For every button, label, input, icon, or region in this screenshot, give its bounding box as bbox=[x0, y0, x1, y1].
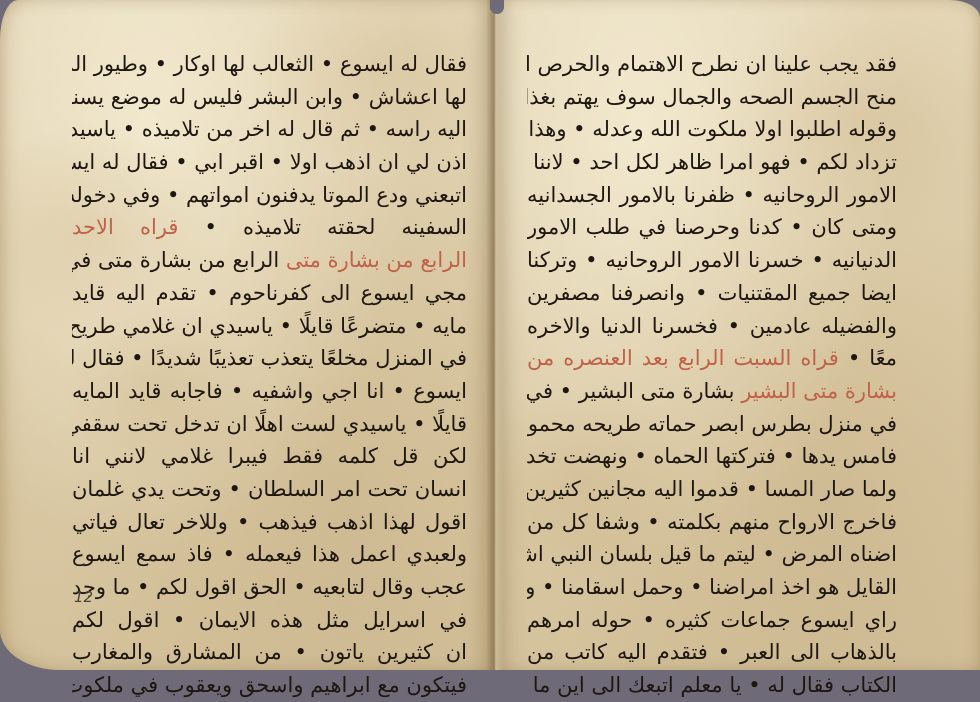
text-line-with-rubric: السفينه لحقته تلاميذه • قراه الاحد bbox=[72, 211, 467, 244]
text-line: الدنيانيه • خسرنا الامور الروحانيه • وتر… bbox=[527, 244, 897, 277]
rubric-heading: قراه الاحد bbox=[72, 215, 178, 239]
text-line: ان كثيرين ياتون • من المشارق والمغارب bbox=[72, 636, 467, 669]
left-page-text: فقال له ايسوع • الثعالب لها اوكار • وطيو… bbox=[72, 48, 467, 670]
folio-number: 12 bbox=[74, 588, 93, 606]
text-line: قايلًا • ياسيدي لست اهلًا ان تدخل تحت سق… bbox=[72, 408, 467, 441]
text-line: راي ايسوع جماعات كثيره • حوله امرهم bbox=[527, 604, 897, 637]
text-line: وقوله اطلبوا اولا ملكوت الله وعدله • وهذ… bbox=[527, 113, 897, 146]
text-line: انسان تحت امر السلطان • وتحت يدي غلمان bbox=[72, 473, 467, 506]
right-page-text: فقد يجب علينا ان نطرح الاهتمام والحرص ال… bbox=[527, 48, 897, 670]
text-line: اضناه المرض • ليتم ما قيل بلسان النبي اش… bbox=[527, 538, 897, 571]
text-line: اليه راسه • ثم قال له اخر من تلاميذه • ي… bbox=[72, 113, 467, 146]
text-line: فاخرج الارواح منهم بكلمته • وشفا كل من bbox=[527, 506, 897, 539]
text-line: ولعبدي اعمل هذا فيعمله • فاذ سمع ايسوع bbox=[72, 538, 467, 571]
text-line-with-rubric: معًا • قراه السبت الرابع بعد العنصره من bbox=[527, 342, 897, 375]
text-line-with-rubric: بشارة متى البشير بشارة متى البشير • في ذ… bbox=[527, 375, 897, 408]
text-line: لها اعشاش • وابن البشر فليس له موضع يسند bbox=[72, 81, 467, 114]
text-segment: السفينه لحقته تلاميذه • bbox=[205, 215, 467, 239]
rubric-heading: بشارة متى البشير bbox=[741, 379, 897, 403]
rubric-heading: الرابع من بشارة متى bbox=[286, 248, 467, 272]
text-line: في المنزل مخلعًا يتعذب تعذيبًا شديدًا • … bbox=[72, 342, 467, 375]
text-line: لكن قل كلمه فقط فيبرا غلامي لانني انا bbox=[72, 440, 467, 473]
text-line: فقد يجب علينا ان نطرح الاهتمام والحرص ال… bbox=[527, 48, 897, 81]
text-line: بالذهاب الى العبر • فتقدم اليه كاتب من bbox=[527, 636, 897, 669]
text-line: اذن لي ان اذهب اولا • اقبر ابي • فقال له… bbox=[72, 146, 467, 179]
book-spine bbox=[486, 0, 504, 670]
text-line: ومتى كان • كدنا وحرصنا في طلب الامور bbox=[527, 211, 897, 244]
text-line: الامور الروحانيه • ظفرنا بالامور الجسدان… bbox=[527, 179, 897, 212]
text-segment: معًا • bbox=[848, 346, 897, 370]
text-line: ايسوع • انا اجي واشفيه • فاجابه قايد الم… bbox=[72, 375, 467, 408]
text-line: في اسرايل مثل هذه الايمان • اقول لكم bbox=[72, 604, 467, 637]
text-line: اقول لهذا اذهب فيذهب • وللاخر تعال فياتي bbox=[72, 506, 467, 539]
text-line: ولما صار المسا • قدموا اليه مجانين كثيري… bbox=[527, 473, 897, 506]
text-line: في منزل بطرس ابصر حماته طريحه محمومه bbox=[527, 408, 897, 441]
text-line: تزداد لكم • فهو امرا ظاهر لكل احد • لانن… bbox=[527, 146, 897, 179]
text-line: والفضيله عادمين • فخسرنا الدنيا والاخره bbox=[527, 310, 897, 343]
text-line: منح الجسم الصحه والجمال سوف يهتم بغذاه و… bbox=[527, 81, 897, 114]
text-line: عجب وقال لتابعيه • الحق اقول لكم • ما وج… bbox=[72, 571, 467, 604]
text-line: القايل هو اخذ امراضنا • وحمل اسقامنا • و… bbox=[527, 571, 897, 604]
text-line: مجي ايسوع الى كفرناحوم • تقدم اليه قايد bbox=[72, 277, 467, 310]
text-segment: بشارة متى البشير • في ذلك الزمان اذ جا ا… bbox=[527, 379, 735, 403]
text-line-with-rubric: الرابع من بشارة متى الرابع من بشارة متى … bbox=[72, 244, 467, 277]
rubric-heading: قراه السبت الرابع بعد العنصره من bbox=[527, 346, 839, 370]
text-line: ايضا جميع المقتنيات • وانصرفنا مصفرين bbox=[527, 277, 897, 310]
spine-gap bbox=[490, 0, 504, 14]
text-line: اتبعني ودع الموتا يدفنون امواتهم • وفي د… bbox=[72, 179, 467, 212]
text-line: فامس يدها • فتركتها الحماه • ونهضت تخدمه… bbox=[527, 440, 897, 473]
manuscript-spread: فقال له ايسوع • الثعالب لها اوكار • وطيو… bbox=[0, 0, 980, 670]
text-segment: الرابع من بشارة متى في ذلك الزمان عند bbox=[72, 248, 279, 272]
text-line: فقال له ايسوع • الثعالب لها اوكار • وطيو… bbox=[72, 48, 467, 81]
text-line: مايه • متضرعًا قايلًا • ياسيدي ان غلامي … bbox=[72, 310, 467, 343]
